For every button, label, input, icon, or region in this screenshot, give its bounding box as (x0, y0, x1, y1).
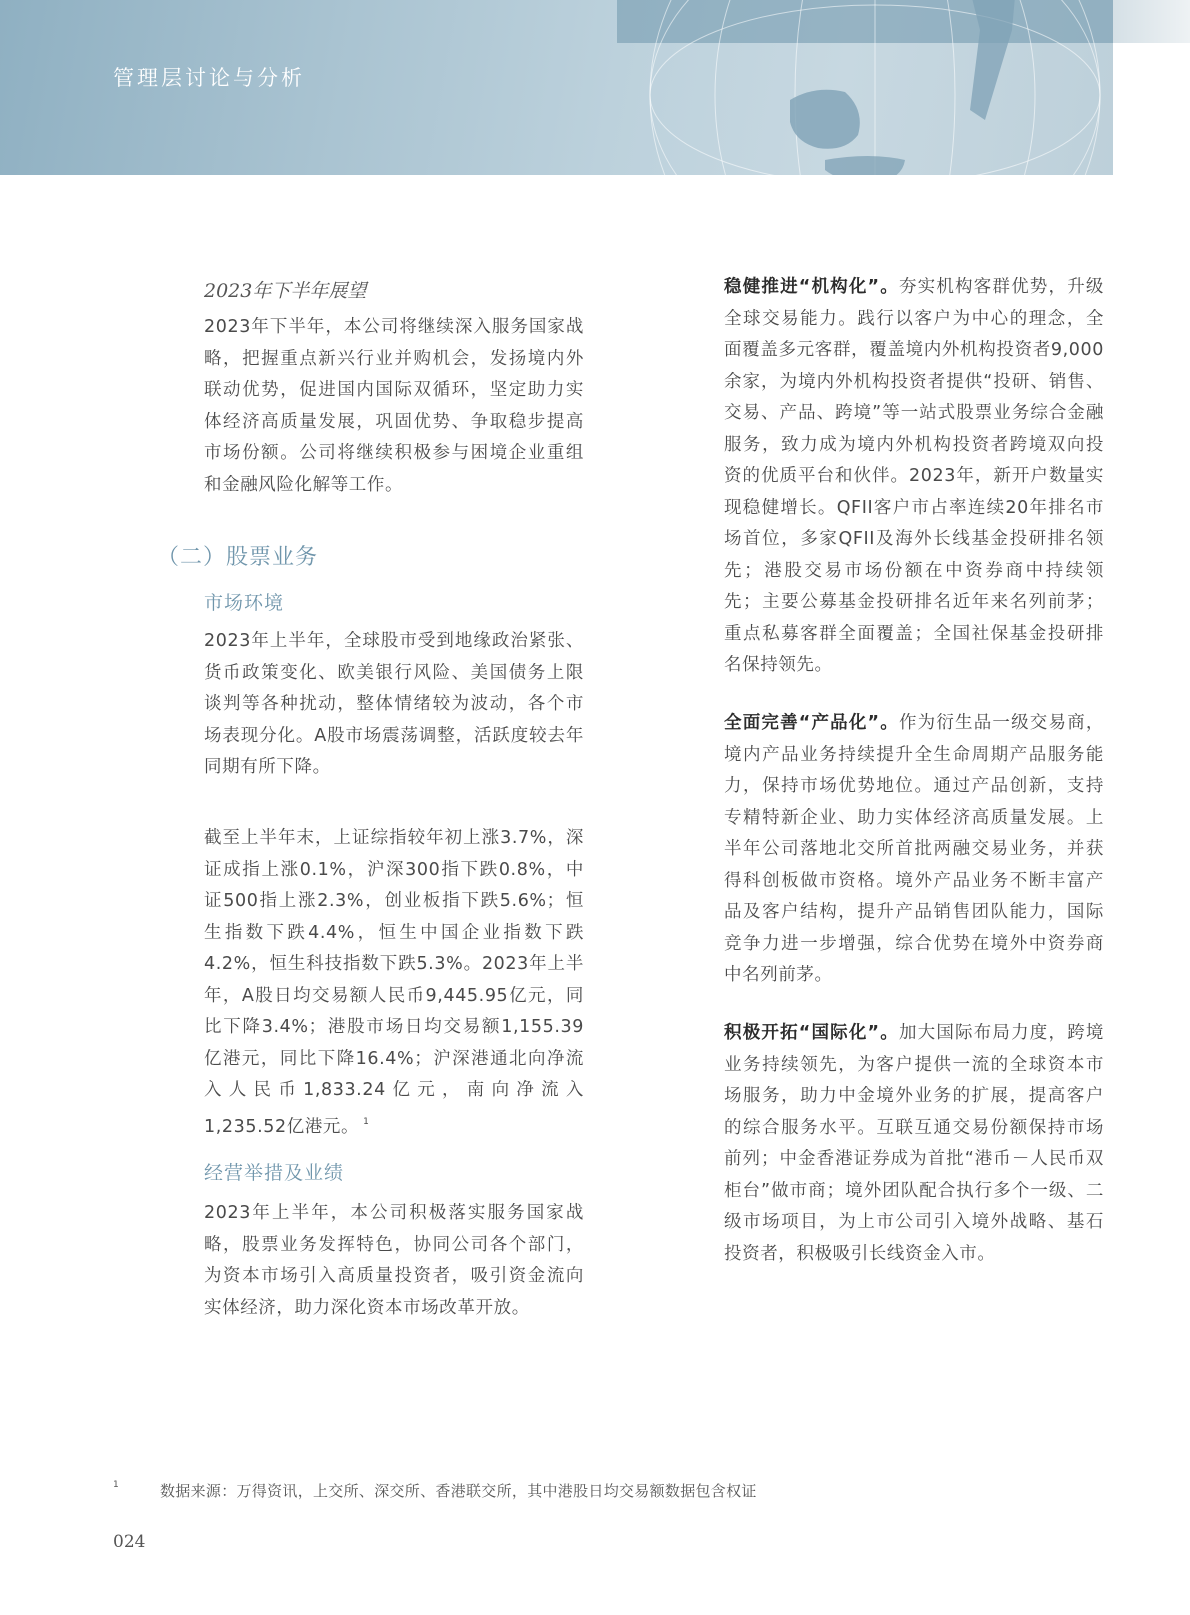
section-title-equities: （二）股票业务 (157, 540, 318, 571)
page-number: 024 (113, 1532, 145, 1552)
header-banner: 管理层讨论与分析 (0, 0, 1113, 175)
international-body: 加大国际布局力度，跨境业务持续领先，为客户提供一流的全球资本市场服务，助力中金境… (724, 1023, 1104, 1264)
operations-block: 2023年上半年，本公司积极落实服务国家战略，股票业务发挥特色，协同公司各个部门… (204, 1198, 584, 1324)
outlook-heading: 2023年下半年展望 (204, 276, 366, 303)
operations-heading: 经营举措及业绩 (204, 1158, 344, 1185)
international-paragraph: 积极开拓“国际化”。加大国际布局力度，跨境业务持续领先，为客户提供一流的全球资本… (724, 1018, 1104, 1270)
section-header-title: 管理层讨论与分析 (113, 62, 305, 92)
market-block-2: 截至上半年末，上证综指较年初上涨3.7%，深证成指上涨0.1%，沪深300指下跌… (204, 823, 584, 1143)
institutional-paragraph: 稳健推进“机构化”。夯实机构客群优势，升级全球交易能力。践行以客户为中心的理念，… (724, 272, 1104, 682)
market-paragraph-2-text: 截至上半年末，上证综指较年初上涨3.7%，深证成指上涨0.1%，沪深300指下跌… (204, 828, 584, 1137)
globe-illustration-icon (640, 0, 1110, 175)
international-lead: 积极开拓“国际化”。 (724, 1023, 899, 1043)
product-body: 作为衍生品一级交易商，境内产品业务持续提升全生命周期产品服务能力，保持市场优势地… (724, 713, 1104, 985)
footnote-text: 数据来源：万得资讯，上交所、深交所、香港联交所，其中港股日均交易额数据包含权证 (160, 1480, 757, 1501)
market-block-1: 2023年上半年，全球股市受到地缘政治紧张、货币政策变化、欧美银行风险、美国债务… (204, 626, 584, 784)
product-lead: 全面完善“产品化”。 (724, 713, 899, 733)
market-paragraph-1: 2023年上半年，全球股市受到地缘政治紧张、货币政策变化、欧美银行风险、美国债务… (204, 626, 584, 784)
footnote-mark: 1 (113, 1480, 119, 1490)
outlook-block: 2023年下半年，本公司将继续深入服务国家战略，把握重点新兴行业并购机会，发扬境… (204, 312, 584, 501)
institutional-body: 夯实机构客群优势，升级全球交易能力。践行以客户为中心的理念，全面覆盖多元客群，覆… (724, 277, 1104, 675)
product-paragraph: 全面完善“产品化”。作为衍生品一级交易商，境内产品业务持续提升全生命周期产品服务… (724, 708, 1104, 992)
institutional-lead: 稳健推进“机构化”。 (724, 277, 899, 297)
product-block: 全面完善“产品化”。作为衍生品一级交易商，境内产品业务持续提升全生命周期产品服务… (724, 708, 1104, 992)
market-environment-heading: 市场环境 (204, 588, 284, 615)
footnote-reference[interactable]: 1 (363, 1117, 369, 1127)
operations-paragraph: 2023年上半年，本公司积极落实服务国家战略，股票业务发挥特色，协同公司各个部门… (204, 1198, 584, 1324)
international-block: 积极开拓“国际化”。加大国际布局力度，跨境业务持续领先，为客户提供一流的全球资本… (724, 1018, 1104, 1270)
outlook-paragraph: 2023年下半年，本公司将继续深入服务国家战略，把握重点新兴行业并购机会，发扬境… (204, 312, 584, 501)
market-paragraph-2: 截至上半年末，上证综指较年初上涨3.7%，深证成指上涨0.1%，沪深300指下跌… (204, 823, 584, 1143)
banner-extension (1113, 0, 1190, 43)
institutional-block: 稳健推进“机构化”。夯实机构客群优势，升级全球交易能力。践行以客户为中心的理念，… (724, 272, 1104, 682)
